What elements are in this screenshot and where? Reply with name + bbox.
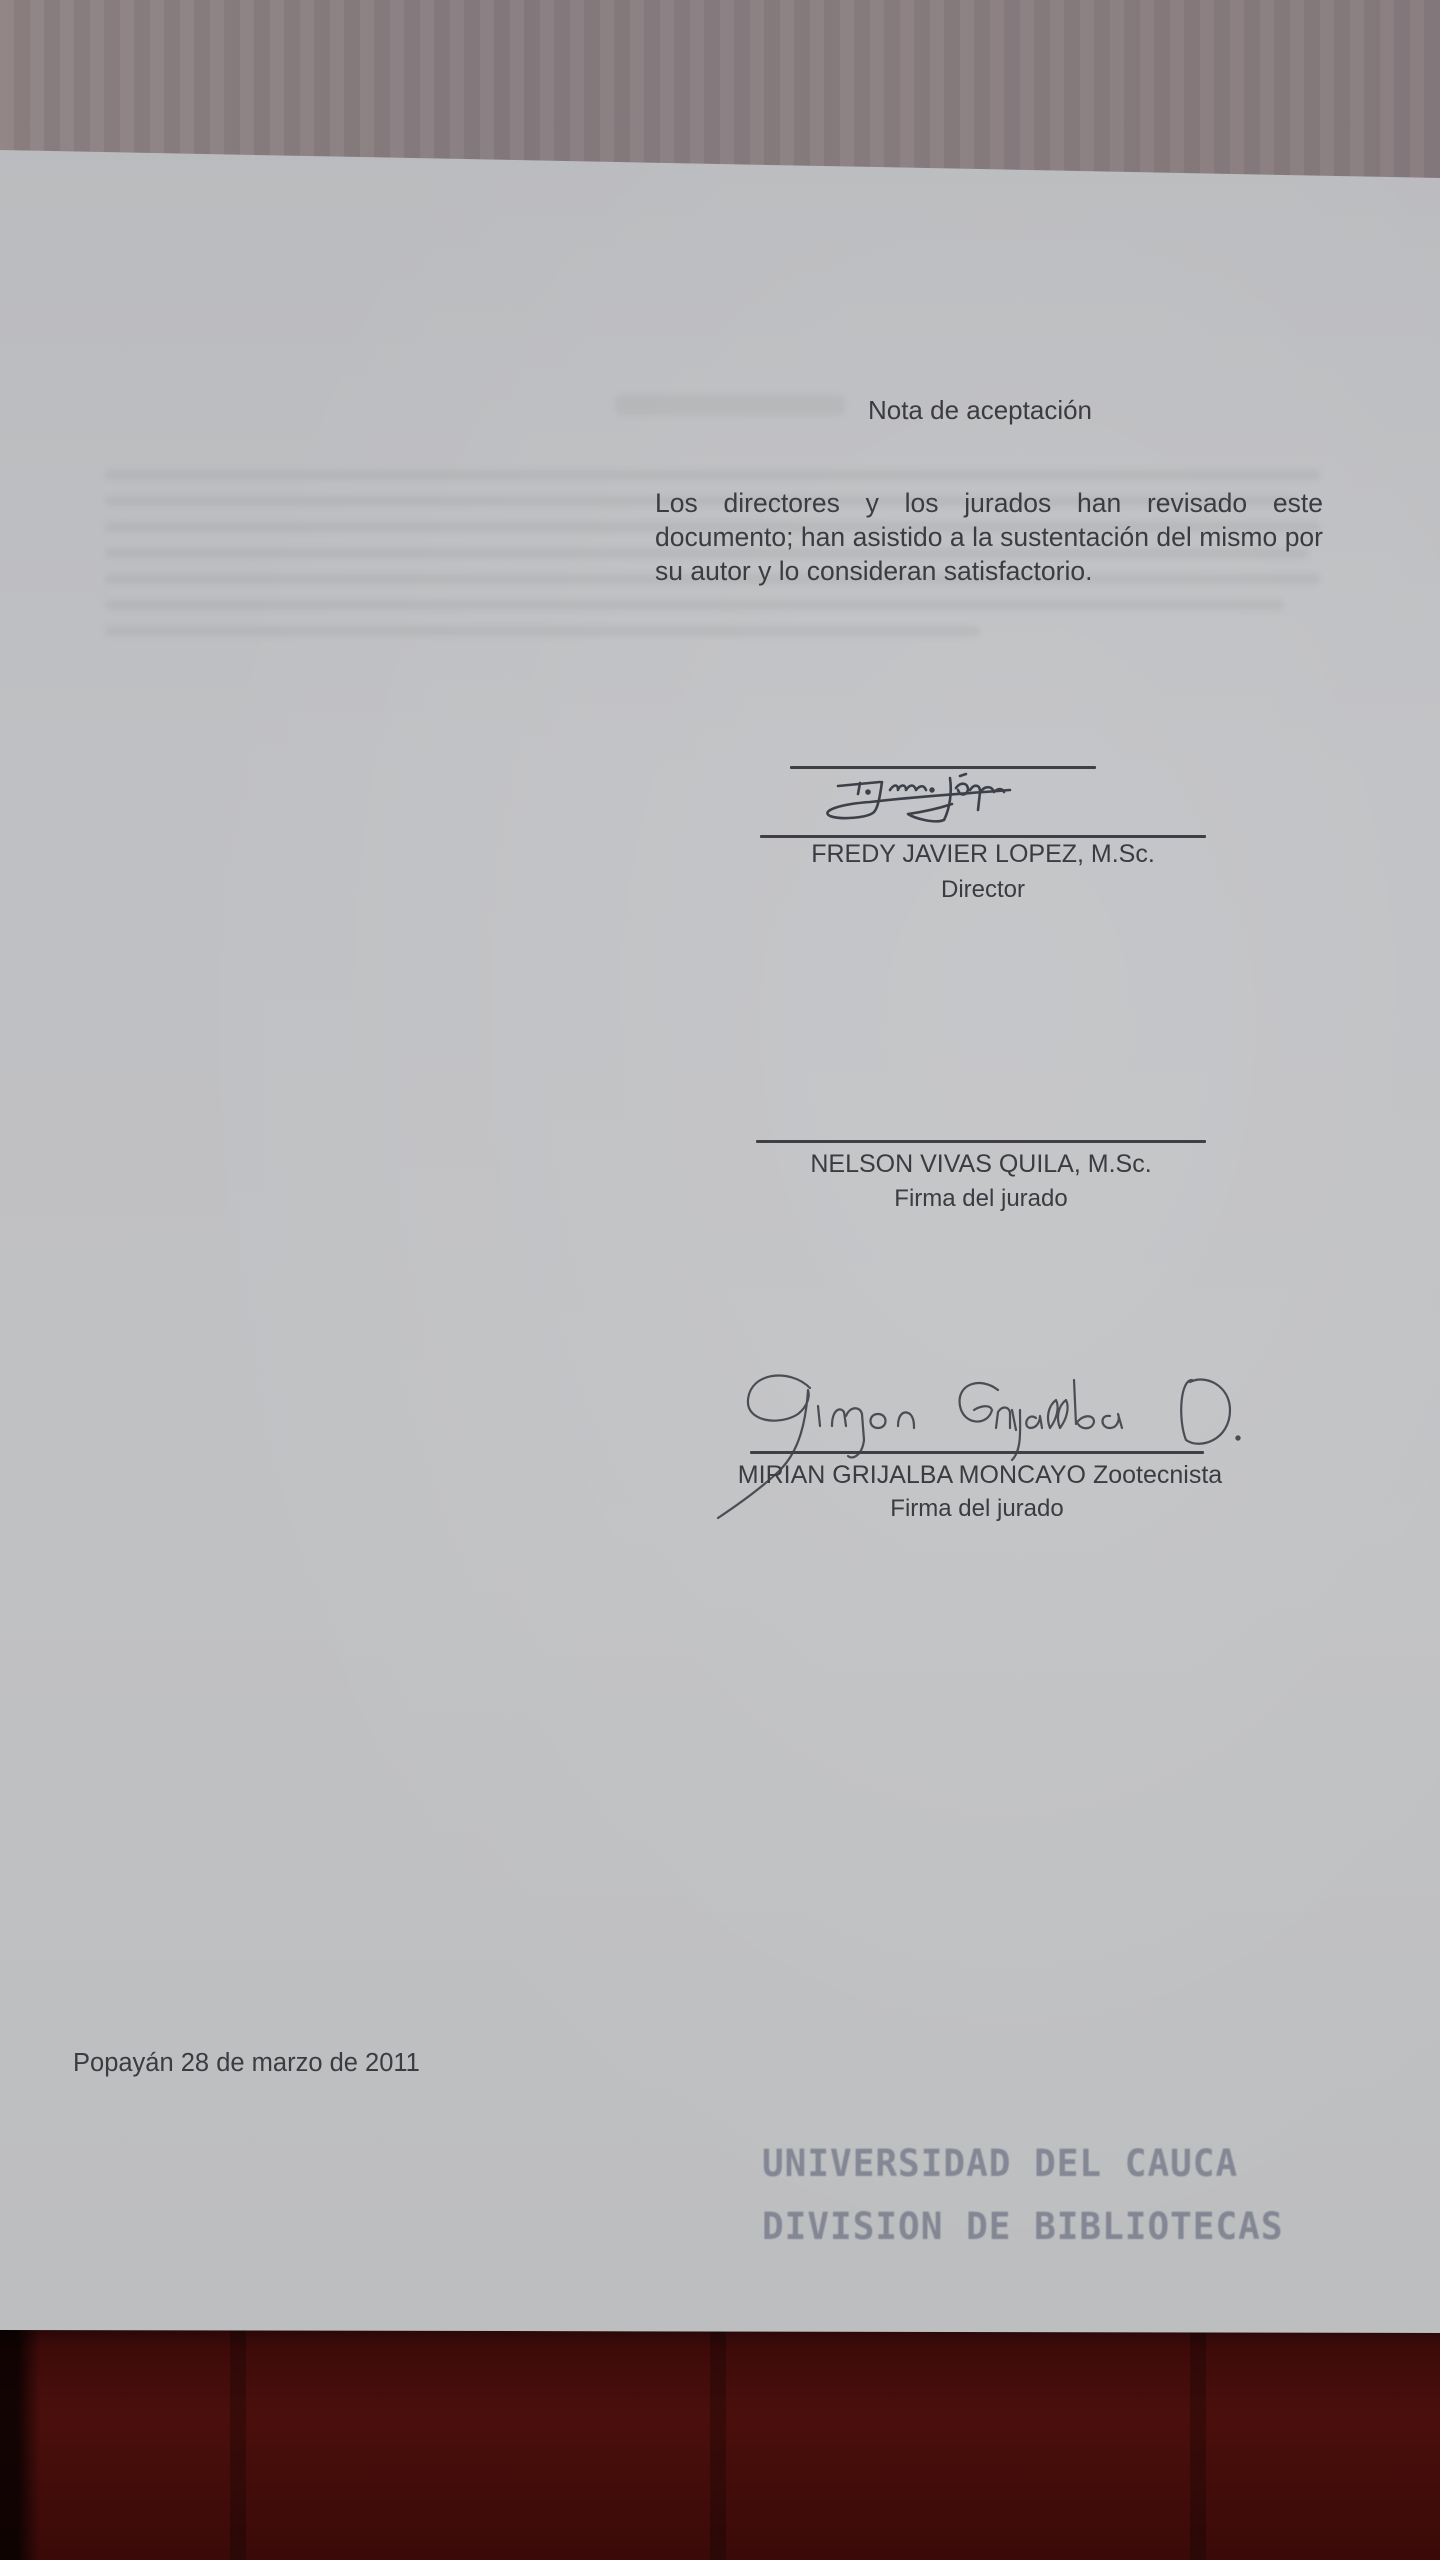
document-page: Nota de aceptación Los directores y los … [0,0,1440,2560]
signature-line [760,835,1206,838]
jurado-1-name: NELSON VIVAS QUILA, M.Sc. [756,1150,1206,1179]
jurado-2-name: MIRIAN GRIJALBA MONCAYO Zootecnista [680,1461,1280,1490]
signature-line [756,1140,1206,1143]
signature-line [750,1451,1204,1454]
acceptance-statement: Los directores y los jurados han revisad… [655,486,1323,588]
bleed-through-title [615,395,845,415]
director-role: Director [760,876,1206,904]
stamp-line-2: DIVISION DE BIBLIOTECAS [762,2196,1222,2259]
library-stamp: UNIVERSIDAD DEL CAUCA DIVISION DE BIBLIO… [762,2133,1222,2259]
stamp-line-1: UNIVERSIDAD DEL CAUCA [762,2133,1222,2196]
jurado-2-role: Firma del jurado [750,1495,1204,1523]
director-signature [810,768,1050,838]
director-name: FREDY JAVIER LOPEZ, M.Sc. [760,840,1206,869]
background-surface-bottom [0,2320,1440,2560]
document-date: Popayán 28 de marzo de 2011 [73,2049,420,2078]
acceptance-heading: Nota de aceptación [860,395,1100,426]
jurado-1-role: Firma del jurado [756,1185,1206,1213]
